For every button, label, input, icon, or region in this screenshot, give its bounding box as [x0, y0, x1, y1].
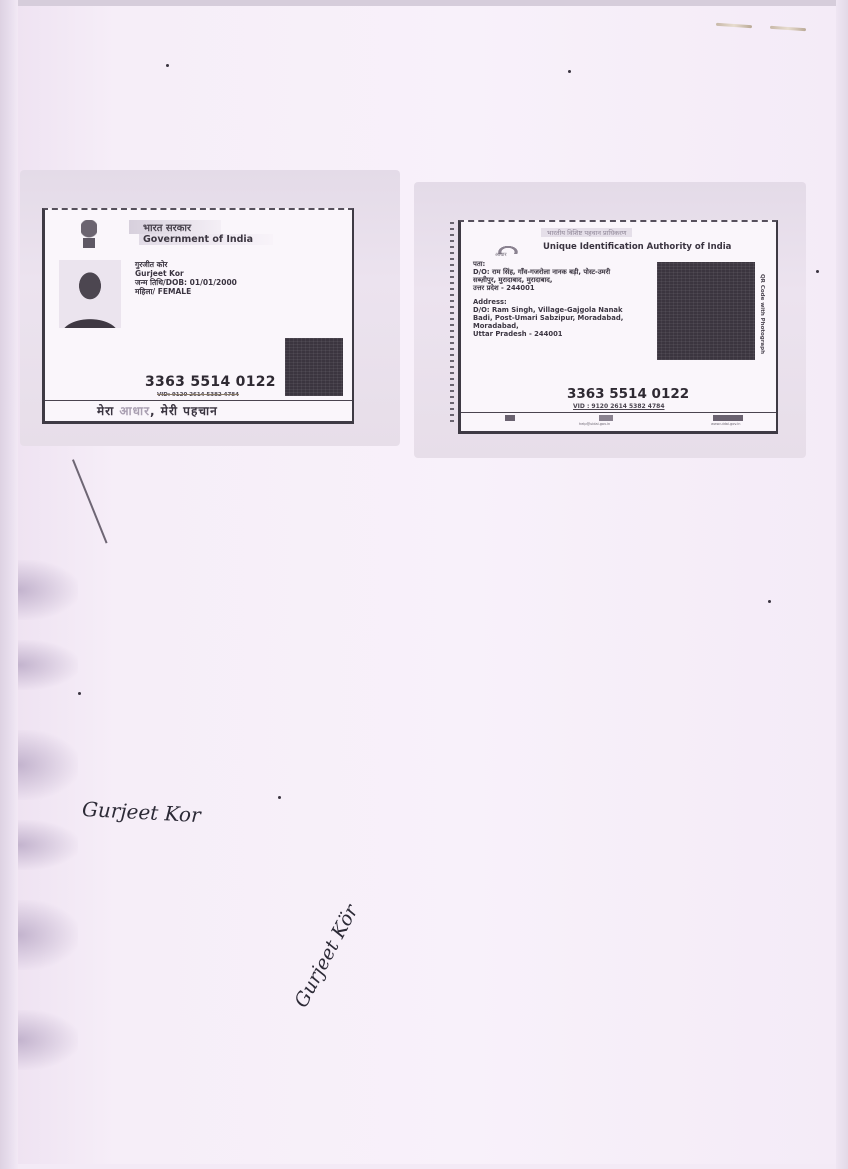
- holder-name-english: Gurjeet Kor: [135, 269, 237, 278]
- uidai-header-english: Unique Identification Authority of India: [543, 242, 731, 252]
- dust-speck: [768, 600, 771, 603]
- dust-speck: [278, 796, 281, 799]
- holder-dob: जन्म तिथि/DOB: 01/01/2000: [135, 278, 237, 287]
- address-label-english: Address:: [473, 298, 663, 306]
- perforation-edge: [450, 222, 454, 422]
- scan-right-edge: [836, 0, 848, 1169]
- scan-smudge: [18, 640, 78, 690]
- aadhaar-back-card: आधार भारतीय विशिष्ट पहचान प्राधिकरण Uniq…: [458, 220, 778, 434]
- scan-smudge: [18, 560, 78, 620]
- national-emblem-icon: [81, 220, 97, 248]
- aadhaar-number: 3363 5514 0122: [567, 386, 689, 402]
- aadhaar-front-copy: भारत सरकार Government of India गुरजीत को…: [20, 170, 400, 446]
- dust-speck: [568, 70, 571, 73]
- address-line: Uttar Pradesh - 244001: [473, 330, 663, 338]
- address-label-hindi: पता:: [473, 260, 663, 268]
- footer-website: www.uidai.gov.in: [711, 422, 741, 426]
- footer-email: help@uidai.gov.in: [579, 422, 610, 426]
- aadhaar-back-copy: आधार भारतीय विशिष्ट पहचान प्राधिकरण Uniq…: [414, 182, 806, 458]
- dust-speck: [816, 270, 819, 273]
- qr-caption: QR Code with Photograph: [759, 274, 765, 354]
- government-header-english: Government of India: [139, 234, 273, 245]
- scan-smudge: [18, 1010, 78, 1070]
- tagline-part: , मेरी पहचान: [150, 404, 218, 418]
- scan-smudge: [18, 730, 78, 800]
- dust-speck: [78, 692, 81, 695]
- email-icon: [599, 415, 613, 421]
- scan-left-edge: [0, 0, 18, 1169]
- holder-details: गुरजीत कोर Gurjeet Kor जन्म तिथि/DOB: 01…: [135, 260, 237, 296]
- scan-smudge: [18, 820, 78, 870]
- aadhaar-front-card: भारत सरकार Government of India गुरजीत को…: [42, 208, 354, 424]
- holder-gender: महिला/ FEMALE: [135, 287, 237, 296]
- address-line: Badi, Post-Umari Sabzipur, Moradabad,: [473, 314, 663, 322]
- holder-address: पता: D/O: राम सिंह, गाँव-गजरोला नानक बड़…: [473, 260, 663, 338]
- government-header-hindi: भारत सरकार: [129, 220, 221, 234]
- holder-name-hindi: गुरजीत कोर: [135, 260, 237, 269]
- aadhaar-logo-icon: [489, 234, 527, 254]
- web-icon: [713, 415, 743, 421]
- qr-code-with-photo: [657, 262, 755, 360]
- card-divider: [461, 412, 776, 413]
- card-tagline: मेरा आधार, मेरी पहचान: [97, 402, 218, 419]
- uidai-header-hindi: भारतीय विशिष्ट पहचान प्राधिकरण: [541, 228, 632, 237]
- address-line: Moradabad,: [473, 322, 663, 330]
- vid-number: VID : 9120 2614 5382 4784: [573, 403, 665, 410]
- address-line: D/O: Ram Singh, Village-Gajgola Nanak: [473, 306, 663, 314]
- aadhaar-number: 3363 5514 0122: [145, 374, 276, 390]
- qr-code: [285, 338, 343, 396]
- dust-speck: [166, 64, 169, 67]
- holder-photo: [59, 260, 121, 328]
- vid-number: VID: 9120 2614 5382 4784: [157, 392, 239, 398]
- address-line: सब्ज़ीपुर, मुरादाबाद, मुरादाबाद,: [473, 276, 663, 284]
- logo-caption: आधार: [495, 252, 507, 258]
- scan-smudge: [18, 900, 78, 970]
- tagline-part: मेरा: [97, 404, 119, 418]
- help-line-icon: [505, 415, 515, 421]
- tagline-part: आधार: [119, 404, 150, 418]
- address-line: D/O: राम सिंह, गाँव-गजरोला नानक बड़ी, पो…: [473, 268, 663, 276]
- scan-top-edge: [18, 0, 848, 6]
- card-divider: [45, 400, 352, 401]
- address-line: उत्तर प्रदेश - 244001: [473, 284, 663, 292]
